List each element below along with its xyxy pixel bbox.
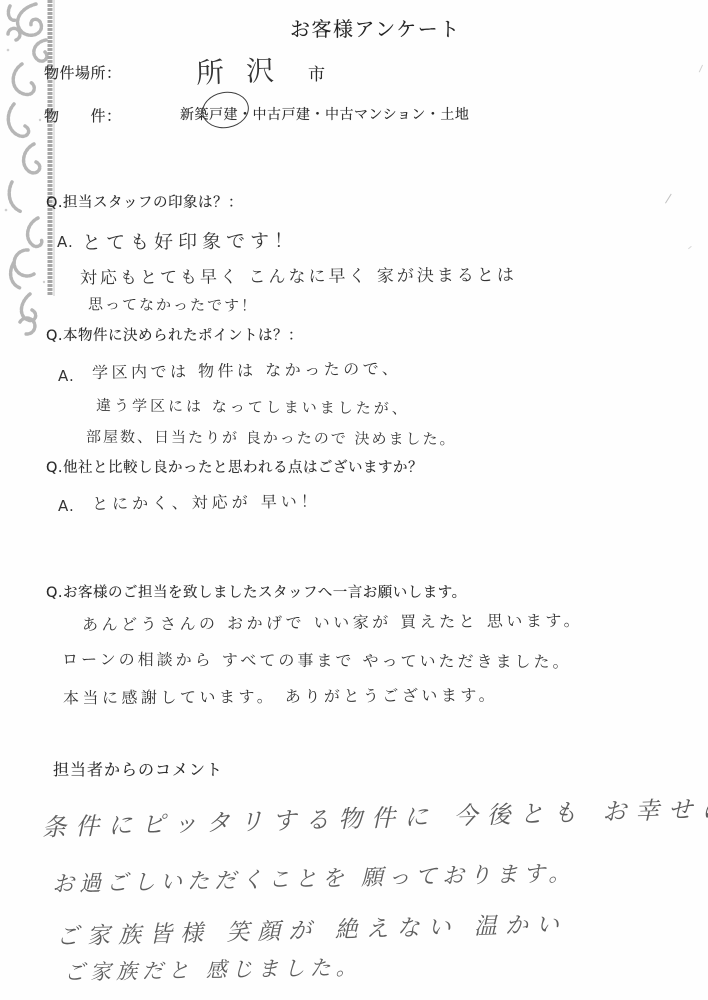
scan-artifact bbox=[665, 194, 672, 204]
page-title: お客様アンケート bbox=[290, 13, 461, 42]
answer-line-q1-2: 対応もとても早く こんなに早く 家が決まるとは bbox=[80, 260, 517, 288]
answer-line-q4-2: ローンの相談から すべての事まで やっていただきました。 bbox=[62, 647, 572, 673]
answer-marker-q1: A. bbox=[57, 233, 74, 251]
property-location-label: 物件場所： bbox=[44, 62, 122, 83]
scan-artifact bbox=[699, 65, 704, 73]
scan-artifact bbox=[688, 246, 692, 250]
staff-comment-line-1: 条件にピッタリする物件に 今後とも お幸せに bbox=[42, 788, 708, 842]
property-type-label: 物 件： bbox=[44, 105, 122, 126]
answer-marker-q2: A. bbox=[58, 367, 75, 385]
answer-line-q4-3: 本当に感謝しています。 ありがとうございます。 bbox=[63, 682, 498, 708]
staff-comment-line-2: お過ごしいただくことを 願っております。 bbox=[52, 857, 576, 899]
answer-line-q2-1: 学区内では 物件は なかったので、 bbox=[92, 356, 402, 383]
staff-comment-line-3: ご家族皆様 笑顔が 絶えない 温かい bbox=[56, 906, 568, 951]
staff-comment-line-4: ご家族だと 感じました。 bbox=[64, 951, 362, 986]
staff-comment-label: 担当者からのコメント bbox=[53, 757, 223, 780]
property-location-value-handwritten: 所沢 bbox=[195, 48, 296, 91]
property-location-city-suffix: 市 bbox=[308, 60, 326, 85]
answer-line-q4-1: あんどうさんの おかげで いい家が 買えたと 思います。 bbox=[82, 608, 583, 635]
answer-line-q3-1: とにかく、対応が 早い！ bbox=[92, 489, 321, 515]
answer-marker-q3: A. bbox=[58, 497, 75, 515]
question-staff-impression: Q.担当スタッフの印象は？： bbox=[46, 191, 243, 212]
question-compare-other-companies: Q.他社と比較し良かったと思われる点はございますか？ bbox=[46, 456, 423, 477]
survey-page: お客様アンケート 物件場所： 所沢 市 物 件： 新築戸建・中古戸建・中古マンシ… bbox=[0, 0, 708, 1000]
question-message-to-staff: Q.お客様のご担当を致しましたスタッフへ一言お願いします。 bbox=[46, 581, 467, 602]
question-deciding-points: Q.本物件に決められたポイントは？： bbox=[46, 324, 303, 345]
selection-circle-annotation bbox=[199, 88, 252, 132]
answer-line-q2-3: 部屋数、日当たりが 良かったので 決めました。 bbox=[86, 426, 457, 450]
floral-border-decoration bbox=[0, 0, 58, 342]
answer-line-q1-1: とても好印象です！ bbox=[82, 226, 298, 255]
answer-line-q2-2: 違う学区には なってしまいましたが、 bbox=[96, 394, 410, 418]
answer-line-q1-3: 思ってなかったです！ bbox=[88, 293, 258, 315]
scan-artifact bbox=[307, 472, 310, 474]
